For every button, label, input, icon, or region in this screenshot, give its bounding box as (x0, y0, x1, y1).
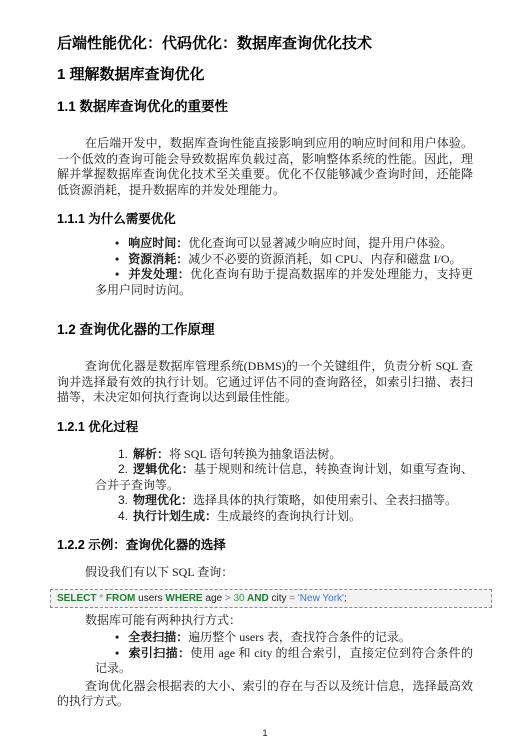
step-number: 2. (118, 462, 128, 478)
heading-1: 1 理解数据库查询优化 (57, 65, 473, 84)
sql-operator: * (96, 593, 105, 604)
sql-code-block: SELECT * FROM users WHERE age > 30 AND c… (50, 589, 492, 608)
paragraph-optimizer: 查询优化器是数据库管理系统(DBMS)的一个关键组件，负责分析 SQL 查询并选… (57, 359, 473, 406)
bullet-icon: • (115, 630, 119, 646)
step-text: 生成最终的查询执行计划。 (217, 509, 361, 523)
step-parse: 1.解析：将 SQL 语句转换为抽象语法树。 (95, 447, 473, 463)
page-number: 1 (0, 728, 530, 740)
sql-keyword: WHERE (165, 593, 202, 604)
step-plan-generation: 4.执行计划生成：生成最终的查询执行计划。 (95, 509, 473, 525)
list-term: 索引扫描： (128, 646, 190, 660)
paragraph-two-ways: 数据库可能有两种执行方式： (57, 613, 473, 629)
sql-operator: = (289, 593, 298, 604)
sql-keyword: SELECT (57, 593, 96, 604)
step-term: 物理优化： (133, 493, 193, 507)
list-item-resource-usage: •资源消耗：减少不必要的资源消耗，如 CPU、内存和磁盘 I/O。 (95, 252, 473, 268)
doc-title: 后端性能优化：代码优化：数据库查询优化技术 (57, 34, 473, 53)
list-item-concurrency: •并发处理：优化查询有助于提高数据库的并发处理能力，支持更多用户同时访问。 (95, 267, 473, 298)
heading-1-2: 1.2 查询优化器的工作原理 (57, 321, 473, 338)
list-text: 优化查询可以显著减少响应时间，提升用户体验。 (188, 236, 452, 250)
list-text: 减少不必要的资源消耗，如 CPU、内存和磁盘 I/O。 (188, 252, 461, 266)
sql-punctuation: ; (344, 593, 347, 604)
step-term: 解析： (133, 447, 169, 461)
paragraph-importance: 在后端开发中，数据库查询性能直接影响到应用的响应时间和用户体验。一个低效的查询可… (57, 136, 473, 198)
step-text: 选择具体的执行策略，如使用索引、全表扫描等。 (193, 493, 457, 507)
paragraph-example-intro: 假设我们有以下 SQL 查询： (57, 565, 473, 581)
sql-string: 'New York' (298, 593, 344, 604)
bullet-icon: • (115, 236, 119, 252)
step-term: 执行计划生成： (133, 509, 217, 523)
sql-identifier: city (271, 593, 289, 604)
list-term: 全表扫描： (128, 630, 188, 644)
heading-1-1-1: 1.1.1 为什么需要优化 (57, 211, 473, 227)
why-optimize-list: •响应时间：优化查询可以显著减少响应时间，提升用户体验。 •资源消耗：减少不必要… (57, 236, 473, 298)
sql-identifier: users (135, 593, 165, 604)
step-number: 3. (118, 493, 128, 509)
execution-ways-list: •全表扫描：遍历整个 users 表，查找符合条件的记录。 •索引扫描：使用 a… (57, 630, 473, 677)
sql-number: 30 (233, 593, 244, 604)
list-text: 遍历整个 users 表，查找符合条件的记录。 (188, 630, 411, 644)
step-term: 逻辑优化： (133, 462, 194, 476)
step-number: 4. (118, 509, 128, 525)
heading-1-2-1: 1.2.1 优化过程 (57, 419, 473, 435)
list-item-response-time: •响应时间：优化查询可以显著减少响应时间，提升用户体验。 (95, 236, 473, 252)
step-logical-opt: 2.逻辑优化：基于规则和统计信息，转换查询计划，如重写查询、合并子查询等。 (95, 462, 473, 493)
list-item-full-table-scan: •全表扫描：遍历整个 users 表，查找符合条件的记录。 (95, 630, 473, 646)
step-physical-opt: 3.物理优化：选择具体的执行策略，如使用索引、全表扫描等。 (95, 493, 473, 509)
paragraph-conclusion: 查询优化器会根据表的大小、索引的存在与否以及统计信息，选择最高效的执行方式。 (57, 679, 473, 710)
list-item-index-scan: •索引扫描：使用 age 和 city 的组合索引，直接定位到符合条件的记录。 (95, 646, 473, 677)
list-term: 响应时间： (128, 236, 188, 250)
optimization-steps-list: 1.解析：将 SQL 语句转换为抽象语法树。 2.逻辑优化：基于规则和统计信息，… (57, 447, 473, 525)
bullet-icon: • (115, 646, 119, 662)
step-number: 1. (118, 447, 128, 463)
bullet-icon: • (115, 252, 119, 268)
step-text: 将 SQL 语句转换为抽象语法树。 (169, 447, 341, 461)
sql-identifier: age (203, 593, 225, 604)
heading-1-2-2: 1.2.2 示例：查询优化器的选择 (57, 537, 473, 553)
heading-1-1: 1.1 数据库查询优化的重要性 (57, 98, 473, 115)
list-term: 资源消耗： (128, 252, 188, 266)
list-term: 并发处理： (128, 267, 190, 281)
document-page: 后端性能优化：代码优化：数据库查询优化技术 1 理解数据库查询优化 1.1 数据… (0, 0, 530, 751)
bullet-icon: • (115, 267, 119, 283)
sql-keyword: FROM (106, 593, 135, 604)
sql-keyword: AND (245, 593, 272, 604)
